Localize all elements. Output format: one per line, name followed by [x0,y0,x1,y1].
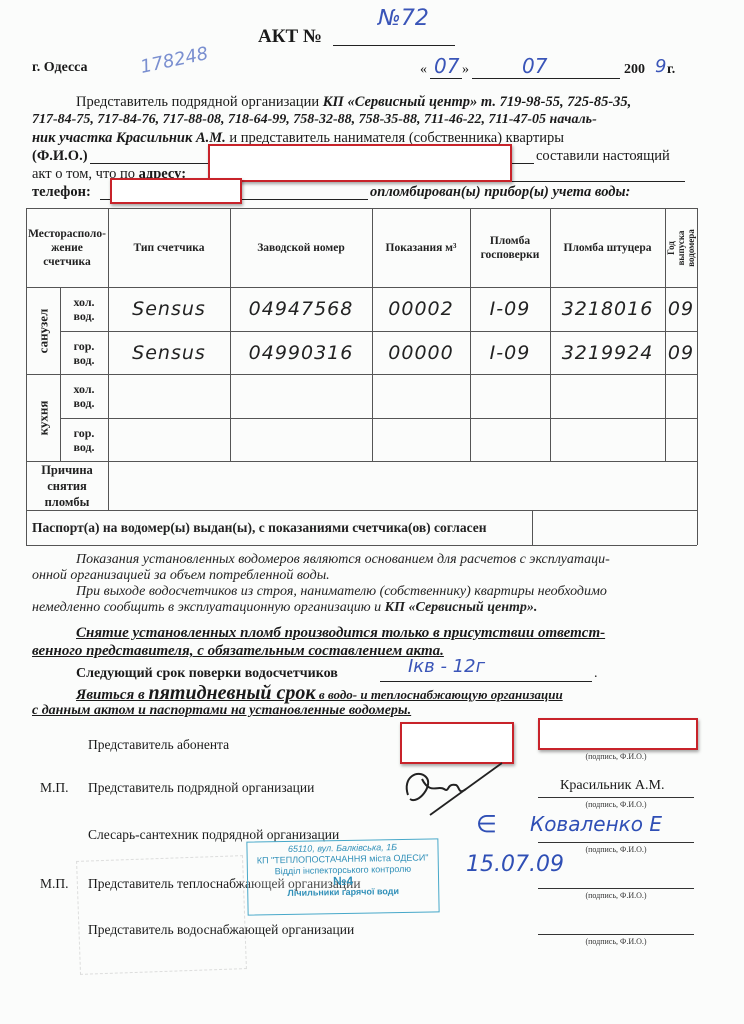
cell-state-seal[interactable]: I-09 [470,287,550,331]
cell-type[interactable] [108,418,230,461]
sig-line-5 [538,934,694,935]
fio-label: (Ф.И.О.) [32,147,88,165]
water-type: гор. вод. [60,331,108,374]
appear-text: Явиться в [76,687,149,703]
note-1-line-1: Показания установленных водомеров являют… [76,552,610,568]
warning-line-1: Снятие установленных пломб производится … [76,624,605,642]
phone-label: телефон: [32,183,91,201]
cell-state-seal[interactable] [470,418,550,461]
appear-text-2: в водо- и теплоснабжающую организации [316,687,563,702]
sealed-text: опломбирован(ы) прибор(ы) учета воды: [370,183,630,201]
date-close-quote: » [462,62,469,78]
cell-reading[interactable]: 00000 [372,331,470,374]
contractor-contacts: КП «Сервисный центр» т. 719-98-55, 725-8… [323,94,632,110]
room-name: санузел [36,308,50,353]
cell-type[interactable] [108,374,230,418]
sig-caption-1: (подпись, Ф.И.О.) [538,752,694,761]
sig-caption-4: (подпись, Ф.И.О.) [538,891,694,900]
header-state-seal: Пломба госповерки [470,208,550,287]
cell-serial[interactable]: 04947568 [230,287,372,331]
appear-line-2: с данным актом и паспортами на установле… [32,702,411,720]
note-1-line-2: онной организацией за объем потребленной… [32,568,330,584]
appear-line-1: Явиться в пятидневный срок в водо- и теп… [76,684,563,704]
cell-fitting-seal[interactable]: 3219924 [550,331,665,374]
reason-label: Причина снятия пломбы [26,461,108,510]
header-year-text: Год выпуска водомера [666,229,696,267]
note-2-text: немедленно сообщить в эксплуатационную о… [32,600,385,615]
water-type: хол. вод. [60,287,108,331]
sig-label-subscriber: Представитель абонента [88,737,229,753]
date-day: 07 [434,54,459,78]
fio-tail: составили настоящий [536,147,670,165]
faded-stamp [76,855,247,975]
cell-fitting-seal[interactable] [550,374,665,418]
sig-label-contractor: Представитель подрядной организации [88,780,314,796]
date-month: 07 [522,54,547,78]
room-label: кухня [26,374,60,461]
date-open-quote: « [420,62,427,78]
service-center: КП «Сервисный центр». [385,600,538,615]
header-location: Месторасполо-жение счетчика [26,208,108,287]
site-chief: ник участка Красильник А.М. [32,130,226,146]
sig-caption-2: (подпись, Ф.И.О.) [538,800,694,809]
header-year: Год выпуска водомера [665,208,697,287]
warning-line-2: венного представителя, с обязательным со… [32,642,444,660]
cell-year[interactable] [665,374,697,418]
act-number-line [333,45,455,46]
act-title: АКТ № [258,26,322,48]
redacted-phone [110,178,242,204]
next-check-label: Следующий срок поверки водосчетчиков [76,666,338,682]
reason-field[interactable] [108,461,697,510]
mp-label-1: М.П. [40,780,69,796]
plumber-name: Коваленко Е [530,812,662,836]
room-label: санузел [26,287,60,374]
city-label: г. Одесса [32,60,88,76]
contractor-name: Красильник А.М. [560,778,664,794]
heat-supply-date-signature: 15.07.09 [466,852,564,877]
intro-line-1: Представитель подрядной организации КП «… [76,93,688,111]
cell-serial[interactable] [230,374,372,418]
cell-reading[interactable]: 00002 [372,287,470,331]
passport-signature-field[interactable] [532,510,697,545]
sig-line-2 [538,797,694,798]
passport-label: Паспорт(а) на водомер(ы) выдан(ы), с пок… [26,510,532,545]
year-suffix: 9 [655,56,666,77]
room-name: кухня [36,400,50,435]
header-reading: Показания м³ [372,208,470,287]
cell-state-seal[interactable] [470,374,550,418]
cell-serial[interactable]: 04990316 [230,331,372,374]
sig-line-4 [538,888,694,889]
cell-type[interactable]: Sensus [108,331,230,374]
intro-text: Представитель подрядной организации [76,94,323,110]
cell-reading[interactable] [372,418,470,461]
header-serial: Заводской номер [230,208,372,287]
cell-year[interactable]: 09 [665,287,697,331]
redacted-fio-address [208,144,512,182]
stamp-meters: Лічильники гарячої води [248,885,438,899]
five-day-term: пятидневный срок [149,682,316,704]
table-vline [697,208,698,545]
cell-fitting-seal[interactable]: 3218016 [550,287,665,331]
year-prefix: 200 [624,62,645,78]
sig-caption-5: (подпись, Ф.И.О.) [538,937,694,946]
registration-number-handwritten: 178248 [139,43,211,78]
cell-year[interactable]: 09 [665,331,697,374]
water-type: хол. вод. [60,374,108,418]
header-fitting-seal: Пломба штуцера [550,208,665,287]
intro-line-2: 717-84-75, 717-84-76, 717-88-08, 718-64-… [32,111,692,129]
cell-reading[interactable] [372,374,470,418]
next-check-line [380,681,592,682]
heat-supply-stamp: 65110, вул. Балківська, 1Б КП "ТЕПЛОПОСТ… [246,838,439,915]
date-day-line [430,78,462,79]
water-type: гор. вод. [60,418,108,461]
cell-year[interactable] [665,418,697,461]
cell-fitting-seal[interactable] [550,418,665,461]
note-2-line-2: немедленно сообщить в эксплуатационную о… [32,600,537,616]
note-2-line-1: При выходе водосчетчиков из строя, наним… [76,584,607,600]
plumber-signature: ∈ [476,810,497,838]
cell-state-seal[interactable]: I-09 [470,331,550,374]
next-check-value: Iкв - 12г [408,656,485,677]
year-unit: г. [667,62,675,78]
header-type: Тип счетчика [108,208,230,287]
cell-serial[interactable] [230,418,372,461]
act-number-handwritten: №72 [378,6,429,31]
date-month-line [472,78,620,79]
next-check-period: . [594,666,598,682]
mp-label-2: М.П. [40,876,69,892]
cell-type[interactable]: Sensus [108,287,230,331]
sig-line-3 [538,842,694,843]
table-hline [26,545,697,546]
redacted-subscriber-name [538,718,698,750]
